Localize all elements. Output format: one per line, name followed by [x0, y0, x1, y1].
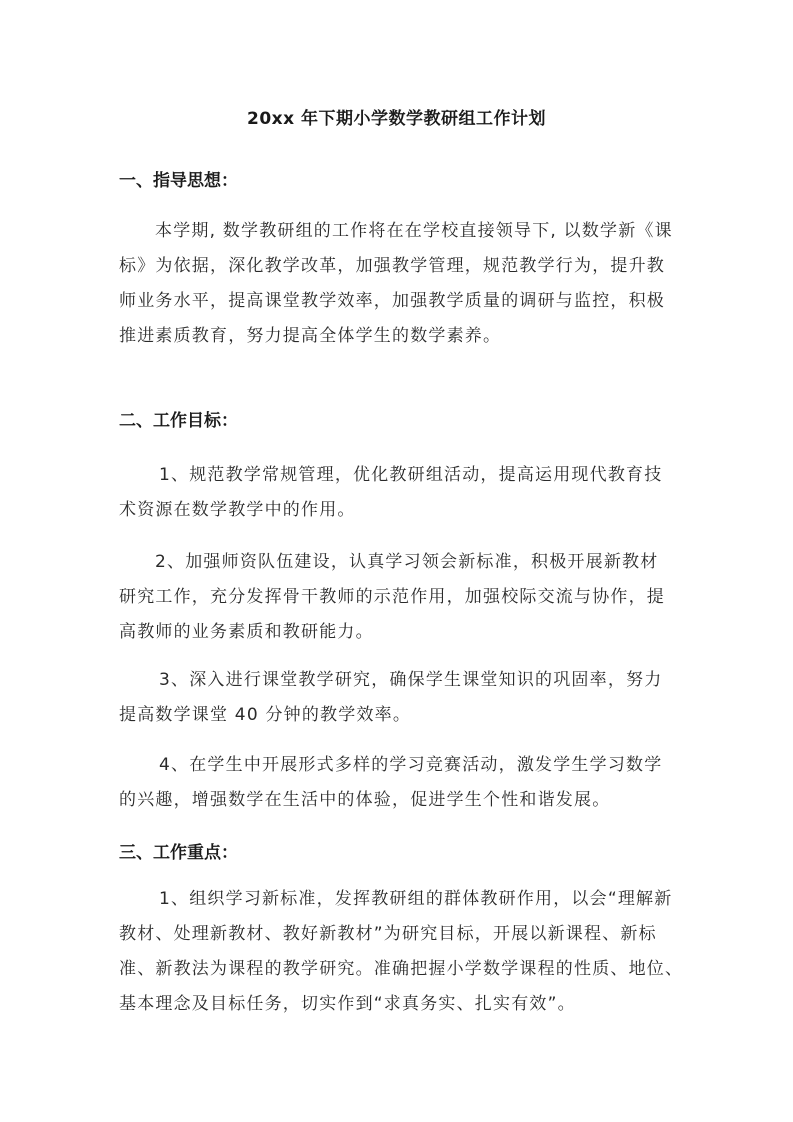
- paragraph-line: 3、深入进行课堂教学研究，确保学生课堂知识的巩固率，努力: [119, 663, 675, 698]
- paragraph-line: 标》为依据，深化教学改革，加强教学管理，规范教学行为，提升教: [119, 249, 675, 284]
- paragraph-line: 师业务水平，提高课堂教学效率，加强教学质量的调研与监控，积极: [119, 284, 675, 319]
- paragraph-line: 1、规范教学常规管理，优化教研组活动，提高运用现代教育技: [119, 458, 675, 493]
- section-heading-work-focus: 三、工作重点：: [119, 838, 238, 863]
- goal-item-1: 1、规范教学常规管理，优化教研组活动，提高运用现代教育技 术资源在数学教学中的作…: [119, 458, 675, 528]
- paragraph-line: 推进素质教育，努力提高全体学生的数学素养。: [119, 319, 675, 354]
- paragraph-line: 4、在学生中开展形式多样的学习竞赛活动，激发学生学习数学: [119, 748, 675, 783]
- paragraph-line: 本学期, 数学教研组的工作将在在学校直接领导下, 以数学新《课: [119, 214, 675, 249]
- paragraph-line: 的兴趣，增强数学在生活中的体验，促进学生个性和谐发展。: [119, 783, 675, 818]
- document-page: 20xx 年下期小学数学教研组工作计划 一、指导思想： 本学期, 数学教研组的工…: [0, 0, 793, 1122]
- document-title: 20xx 年下期小学数学教研组工作计划: [0, 104, 793, 129]
- paragraph-line: 术资源在数学教学中的作用。: [119, 493, 675, 528]
- paragraph-line: 高教师的业务素质和教研能力。: [119, 615, 675, 650]
- goal-item-3: 3、深入进行课堂教学研究，确保学生课堂知识的巩固率，努力 提高数学课堂 40 分…: [119, 663, 675, 733]
- paragraph-line: 基本理念及目标任务，切实作到“求真务实、扎实有效”。: [119, 987, 675, 1022]
- section-heading-work-goals: 二、工作目标：: [119, 406, 238, 431]
- goal-item-4: 4、在学生中开展形式多样的学习竞赛活动，激发学生学习数学 的兴趣，增强数学在生活…: [119, 748, 675, 818]
- paragraph-line: 准、新教法为课程的教学研究。准确把握小学数学课程的性质、地位、: [119, 952, 675, 987]
- paragraph-line: 2、加强师资队伍建设，认真学习领会新标准，积极开展新教材: [119, 545, 675, 580]
- paragraph-line: 1、组织学习新标准，发挥教研组的群体教研作用，以会“理解新: [119, 882, 675, 917]
- section-heading-guiding-ideology: 一、指导思想：: [119, 166, 238, 191]
- paragraph-line: 提高数学课堂 40 分钟的教学效率。: [119, 698, 675, 733]
- goal-item-2: 2、加强师资队伍建设，认真学习领会新标准，积极开展新教材 研究工作，充分发挥骨干…: [119, 545, 675, 650]
- paragraph-line: 研究工作，充分发挥骨干教师的示范作用，加强校际交流与协作，提: [119, 580, 675, 615]
- focus-item-1: 1、组织学习新标准，发挥教研组的群体教研作用，以会“理解新 教材、处理新教材、教…: [119, 882, 675, 1022]
- paragraph-guiding-ideology: 本学期, 数学教研组的工作将在在学校直接领导下, 以数学新《课 标》为依据，深化…: [119, 214, 675, 354]
- paragraph-line: 教材、处理新教材、教好新教材”为研究目标，开展以新课程、新标: [119, 917, 675, 952]
